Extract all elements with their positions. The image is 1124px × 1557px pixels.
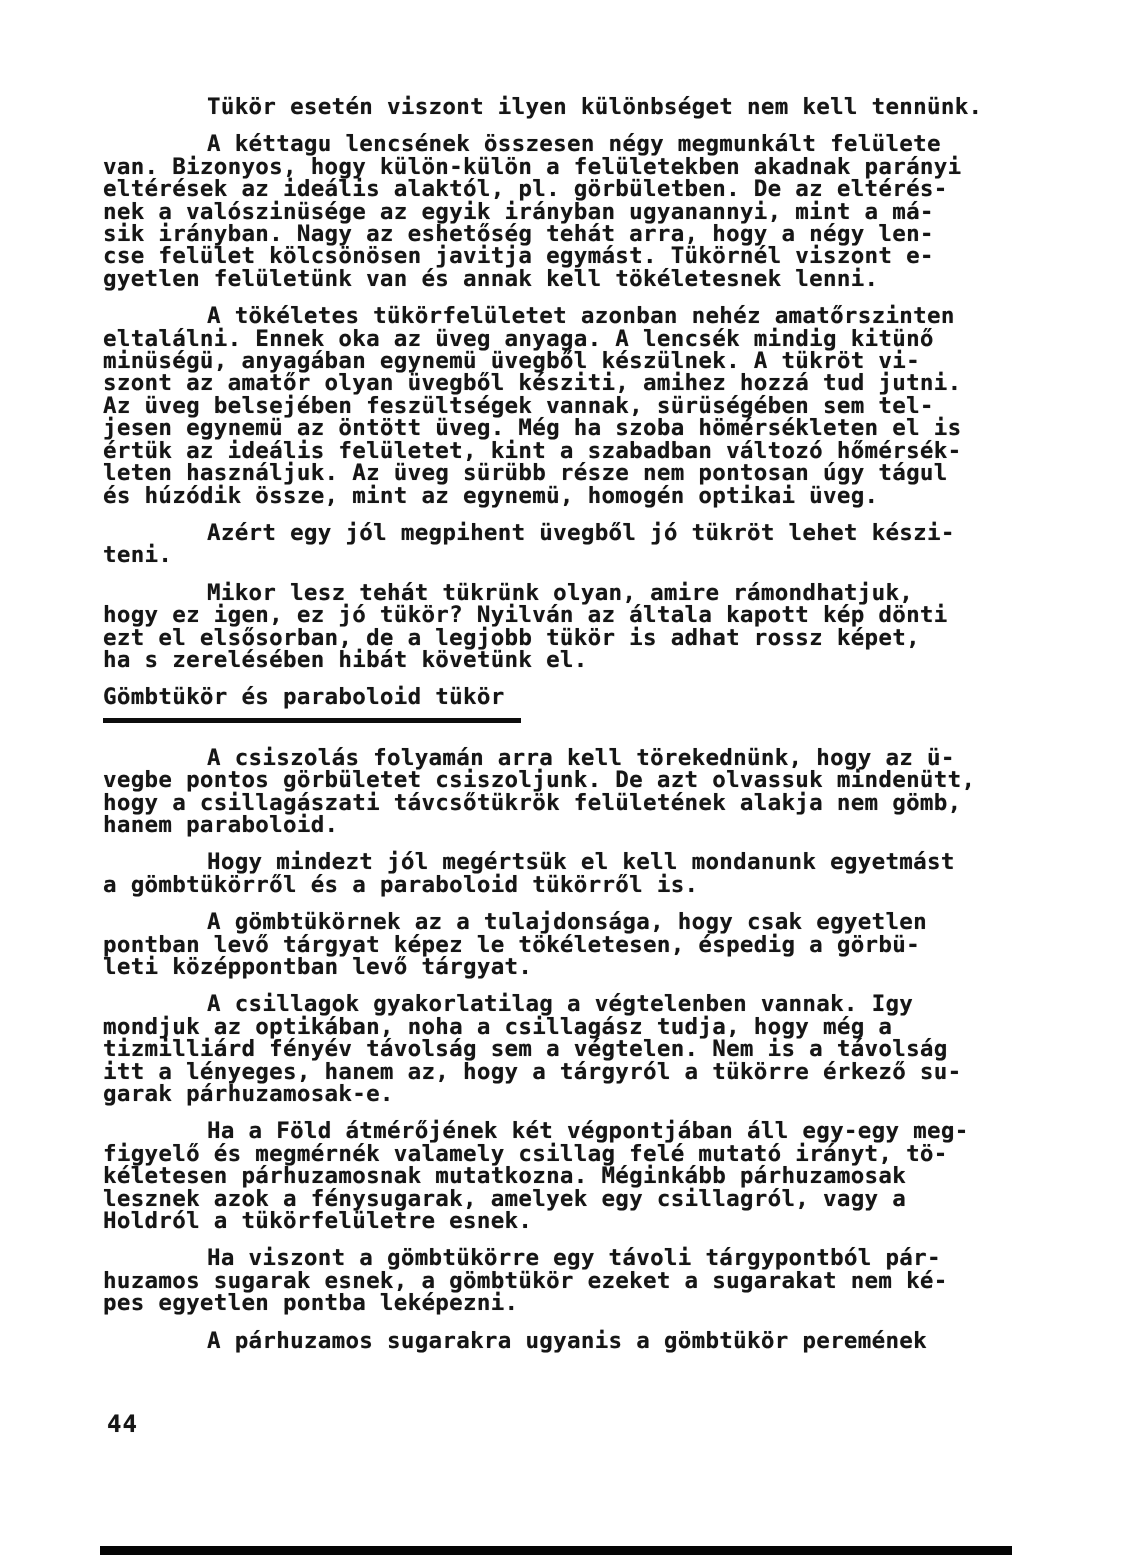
text-line: leten használjuk. Az üveg sürübb része n… bbox=[103, 462, 1019, 484]
text-line: sik irányban. Nagy az eshetőség tehát ar… bbox=[103, 223, 1019, 245]
paragraph: A tökéletes tükörfelületet azonban nehéz… bbox=[103, 305, 1019, 507]
paragraph: Ha a Föld átmérőjének két végpontjában á… bbox=[103, 1120, 1019, 1232]
text-line: és húzódik össze, mint az egynemü, homog… bbox=[103, 485, 1019, 507]
text-line: hogy a csillagászati távcsőtükrök felüle… bbox=[103, 792, 1019, 814]
text-line: van. Bizonyos, hogy külön-külön a felüle… bbox=[103, 156, 1019, 178]
text-line: pontban levő tárgyat képez le tökéletese… bbox=[103, 934, 1019, 956]
section-heading-text: Gömbtükör és paraboloid tükör bbox=[103, 686, 1019, 708]
paragraph: Ha viszont a gömbtükörre egy távoli tárg… bbox=[103, 1247, 1019, 1314]
text-line: jesen egynemü az öntött üveg. Még ha szo… bbox=[103, 417, 1019, 439]
text-line: tizmilliárd fényév távolság sem a végtel… bbox=[103, 1038, 1019, 1060]
text-line: A párhuzamos sugarakra ugyanis a gömbtük… bbox=[103, 1330, 1019, 1352]
text-line: A gömbtükörnek az a tulajdonsága, hogy c… bbox=[103, 911, 1019, 933]
text-line: eltalálni. Ennek oka az üveg anyaga. A l… bbox=[103, 328, 1019, 350]
text-content: Tükör esetén viszont ilyen különbséget n… bbox=[103, 96, 1019, 1367]
text-line: A csillagok gyakorlatilag a végtelenben … bbox=[103, 993, 1019, 1015]
text-line: eltérések az ideális alaktól, pl. görbül… bbox=[103, 178, 1019, 200]
text-line: itt a lényeges, hanem az, hogy a tárgyró… bbox=[103, 1061, 1019, 1083]
text-line: szont az amatőr olyan üvegből késziti, a… bbox=[103, 372, 1019, 394]
paragraph: A gömbtükörnek az a tulajdonsága, hogy c… bbox=[103, 911, 1019, 978]
heading-underline-rule bbox=[103, 718, 521, 723]
text-line: figyelő és megmérnék valamely csillag fe… bbox=[103, 1143, 1019, 1165]
text-line: kéletesen párhuzamosnak mutatkozna. Mégi… bbox=[103, 1165, 1019, 1187]
text-line: A tökéletes tükörfelületet azonban nehéz… bbox=[103, 305, 1019, 327]
document-page: Tükör esetén viszont ilyen különbséget n… bbox=[0, 0, 1124, 1557]
paragraph: A párhuzamos sugarakra ugyanis a gömbtük… bbox=[103, 1330, 1019, 1352]
paragraph: A kéttagu lencsének összesen négy megmun… bbox=[103, 133, 1019, 290]
scan-artifact-bar bbox=[100, 1546, 1012, 1555]
text-line: teni. bbox=[103, 544, 1019, 566]
paragraph: Azért egy jól megpihent üvegből jó tükrö… bbox=[103, 522, 1019, 567]
text-line: hanem paraboloid. bbox=[103, 814, 1019, 836]
paragraph: Tükör esetén viszont ilyen különbséget n… bbox=[103, 96, 1019, 118]
text-line: A csiszolás folyamán arra kell törekednü… bbox=[103, 747, 1019, 769]
text-line: garak párhuzamosak-e. bbox=[103, 1083, 1019, 1105]
text-line: Ha a Föld átmérőjének két végpontjában á… bbox=[103, 1120, 1019, 1142]
page-number: 44 bbox=[107, 1412, 138, 1436]
text-line: mondjuk az optikában, noha a csillagász … bbox=[103, 1016, 1019, 1038]
text-line: Mikor lesz tehát tükrünk olyan, amire rá… bbox=[103, 582, 1019, 604]
text-line: minüségü, anyagában egynemü üvegből kész… bbox=[103, 350, 1019, 372]
text-line: Azért egy jól megpihent üvegből jó tükrö… bbox=[103, 522, 1019, 544]
paragraph: Mikor lesz tehát tükrünk olyan, amire rá… bbox=[103, 582, 1019, 672]
text-line: ha s zerelésében hibát követünk el. bbox=[103, 649, 1019, 671]
text-line: Holdról a tükörfelületre esnek. bbox=[103, 1210, 1019, 1232]
text-line: pes egyetlen pontba leképezni. bbox=[103, 1292, 1019, 1314]
text-line: nek a valószinüsége az egyik irányban ug… bbox=[103, 201, 1019, 223]
text-line: huzamos sugarak esnek, a gömbtükör ezeke… bbox=[103, 1270, 1019, 1292]
text-line: hogy ez igen, ez jó tükör? Nyilván az ál… bbox=[103, 604, 1019, 626]
text-line: vegbe pontos görbületet csiszoljunk. De … bbox=[103, 769, 1019, 791]
paragraph: A csillagok gyakorlatilag a végtelenben … bbox=[103, 993, 1019, 1105]
paragraph: A csiszolás folyamán arra kell törekednü… bbox=[103, 747, 1019, 837]
text-line: lesznek azok a fénysugarak, amelyek egy … bbox=[103, 1188, 1019, 1210]
text-line: Az üveg belsejében feszültségek vannak, … bbox=[103, 395, 1019, 417]
text-line: Hogy mindezt jól megértsük el kell monda… bbox=[103, 851, 1019, 873]
text-line: leti középpontban levő tárgyat. bbox=[103, 956, 1019, 978]
text-line: A kéttagu lencsének összesen négy megmun… bbox=[103, 133, 1019, 155]
text-line: gyetlen felületünk van és annak kell tök… bbox=[103, 268, 1019, 290]
text-line: Ha viszont a gömbtükörre egy távoli tárg… bbox=[103, 1247, 1019, 1269]
paragraph: Hogy mindezt jól megértsük el kell monda… bbox=[103, 851, 1019, 896]
text-line: Tükör esetén viszont ilyen különbséget n… bbox=[103, 96, 1019, 118]
text-line: cse felület kölcsönösen javitja egymást.… bbox=[103, 245, 1019, 267]
section-heading: Gömbtükör és paraboloid tükör bbox=[103, 686, 1019, 722]
text-line: a gömbtükörről és a paraboloid tükörről … bbox=[103, 874, 1019, 896]
text-line: értük az ideális felületet, kint a szaba… bbox=[103, 440, 1019, 462]
text-line: ezt el elsősorban, de a legjobb tükör is… bbox=[103, 627, 1019, 649]
